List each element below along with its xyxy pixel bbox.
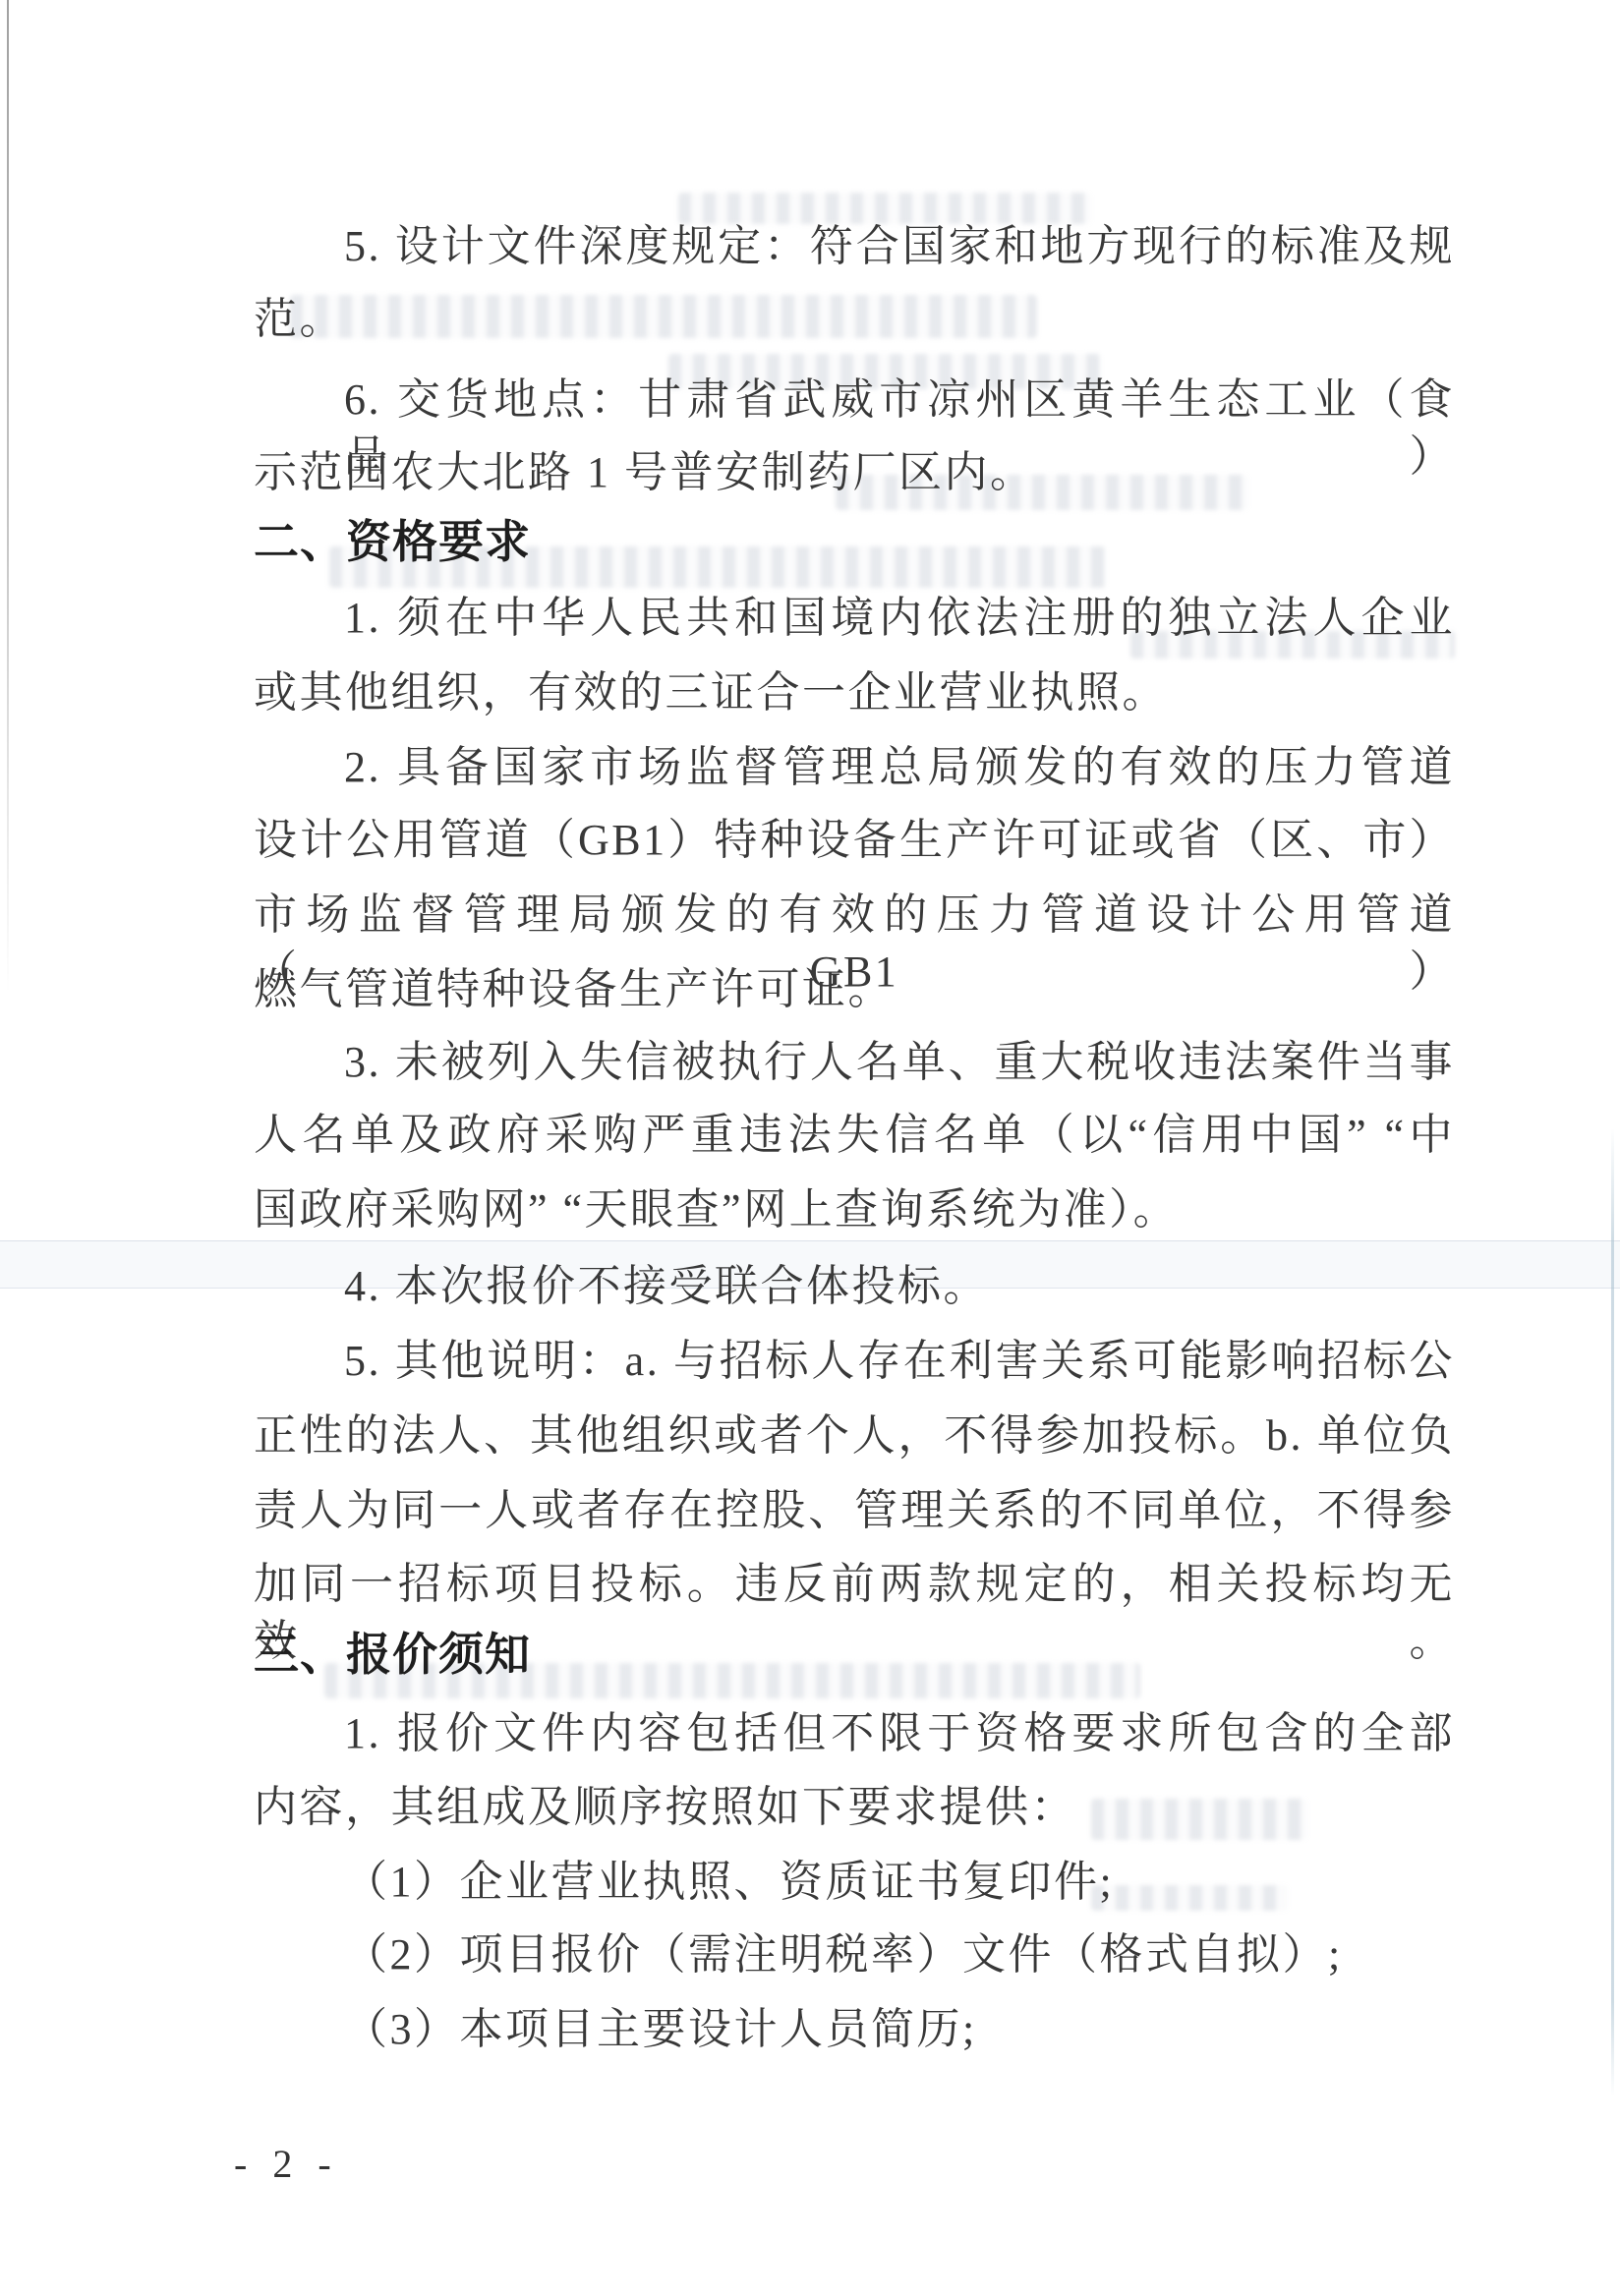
text-line: 或其他组织，有效的三证合一企业营业执照。: [254, 664, 1455, 721]
text-line: 2. 具备国家市场监督管理总局颁发的有效的压力管道: [254, 739, 1455, 796]
text-line: 4. 本次报价不接受联合体投标。: [254, 1258, 1455, 1315]
text-line: 范。: [254, 291, 1455, 348]
text-line: （1）企业营业执照、资质证书复印件;: [254, 1854, 1455, 1911]
text-line: 人名单及政府采购严重违法失信名单（以“信用中国” “中: [254, 1107, 1455, 1164]
text-line: 正性的法人、其他组织或者个人，不得参加投标。b. 单位负: [254, 1407, 1455, 1464]
text-line: 1. 报价文件内容包括但不限于资格要求所包含的全部: [254, 1705, 1455, 1762]
text-line: 内容，其组成及顺序按照如下要求提供：: [254, 1779, 1455, 1836]
text-line: （3）本项目主要设计人员简历;: [254, 2001, 1455, 2058]
text-line: 燃气管道特种设备生产许可证。: [254, 961, 1455, 1018]
text-line: 国政府采购网” “天眼查”网上查询系统为准）。: [254, 1181, 1455, 1238]
scan-edge-line-left: [7, 0, 9, 993]
scanned-document-page: { "document": { "lines": [ { "text": "5.…: [0, 0, 1620, 2296]
page-number: - 2 -: [234, 2141, 339, 2187]
scan-edge-line-right: [1611, 1128, 1614, 2096]
section-heading: 三、报价须知: [254, 1626, 1455, 1683]
text-line: （2）项目报价（需注明税率）文件（格式自拟）;: [254, 1926, 1455, 1983]
section-heading: 二、资格要求: [254, 513, 1455, 570]
text-line: 5. 其他说明：a. 与招标人存在利害关系可能影响招标公: [254, 1333, 1455, 1390]
text-line: 设计公用管道（GB1）特种设备生产许可证或省（区、市）: [254, 812, 1455, 869]
text-line: 1. 须在中华人民共和国境内依法注册的独立法人企业: [254, 590, 1455, 647]
text-line: 示范园农大北路 1 号普安制药厂区内。: [254, 444, 1455, 501]
text-line: 3. 未被列入失信被执行人名单、重大税收违法案件当事: [254, 1034, 1455, 1091]
text-line: 5. 设计文件深度规定：符合国家和地方现行的标准及规: [254, 218, 1455, 275]
text-line: 责人为同一人或者存在控股、管理关系的不同单位，不得参: [254, 1482, 1455, 1539]
